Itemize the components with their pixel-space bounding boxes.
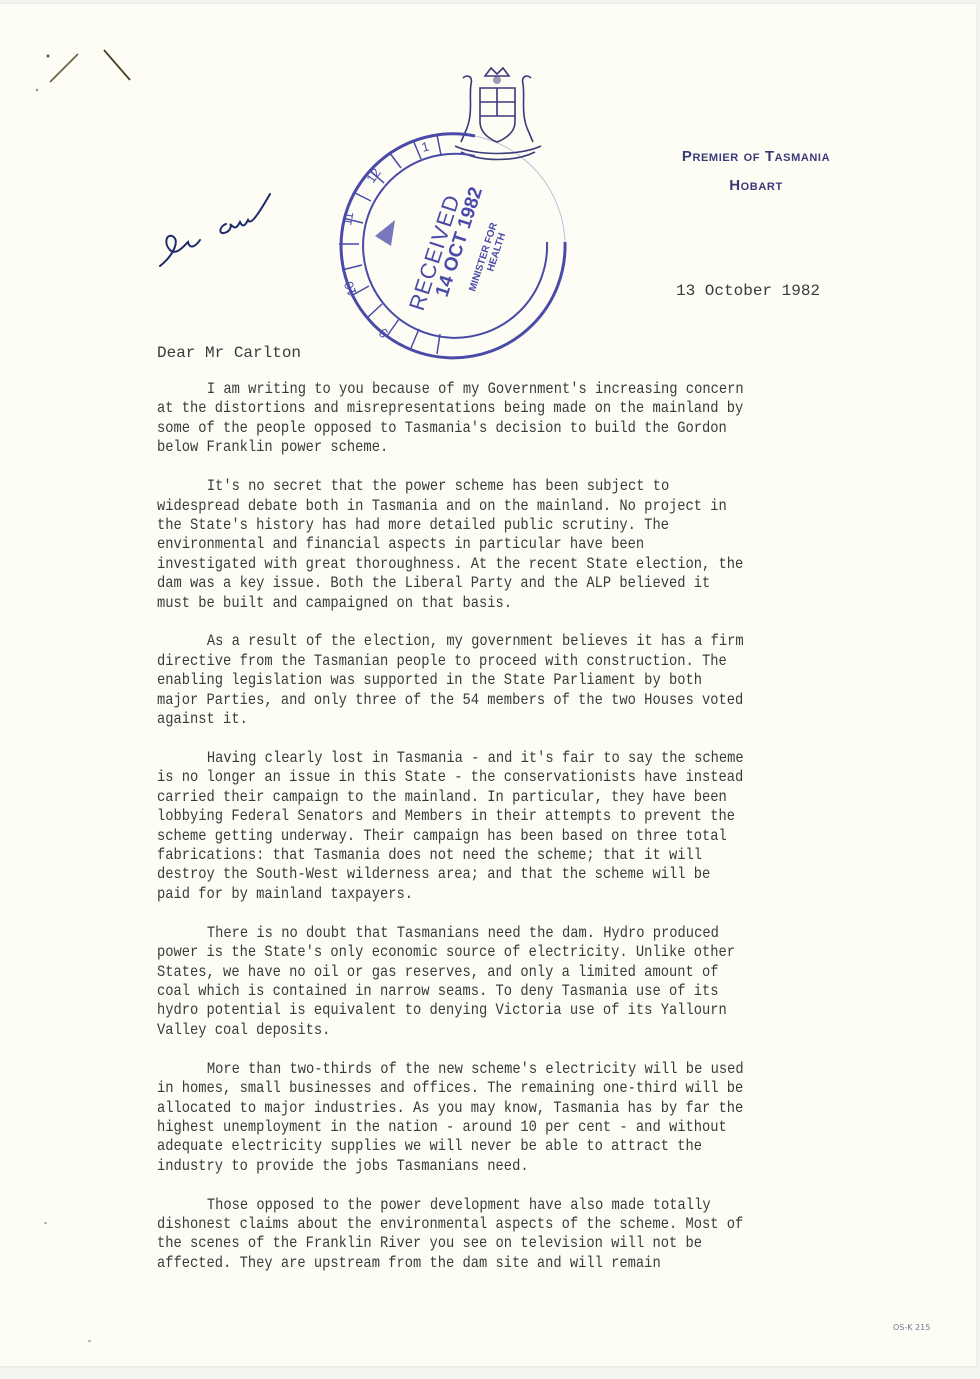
- paragraph: It's no secret that the power scheme has…: [157, 477, 879, 613]
- paper-speck: [88, 1340, 91, 1342]
- handwritten-note-see-over: See over: [150, 184, 280, 274]
- letter-page: See over: [0, 4, 976, 1366]
- paragraph: Those opposed to the power development h…: [157, 1196, 879, 1274]
- letterhead-office: Premier of Tasmania: [640, 142, 872, 171]
- pencil-tick-marks: [28, 44, 138, 94]
- letterhead-city: Hobart: [640, 171, 872, 200]
- received-stamp: 1 12 11 10 9 RECEIVED 14 OCT 1982 MINIST…: [325, 122, 575, 367]
- paragraph: Having clearly lost in Tasmania - and it…: [157, 749, 879, 904]
- svg-text:11: 11: [339, 211, 356, 227]
- letter-date: 13 October 1982: [676, 282, 820, 300]
- letter-body: I am writing to you because of my Govern…: [157, 380, 877, 1293]
- paper-speck: [44, 1222, 47, 1224]
- paragraph: More than two-thirds of the new scheme's…: [157, 1060, 879, 1176]
- paragraph: As a result of the election, my governme…: [157, 632, 879, 729]
- paragraph: There is no doubt that Tasmanians need t…: [157, 924, 879, 1040]
- salutation: Dear Mr Carlton: [157, 344, 301, 362]
- svg-text:12: 12: [363, 165, 384, 185]
- svg-text:10: 10: [341, 279, 360, 298]
- form-code: OS-K 215: [893, 1323, 930, 1332]
- svg-text:1: 1: [420, 139, 431, 155]
- paragraph: I am writing to you because of my Govern…: [157, 380, 879, 458]
- letterhead: Premier of Tasmania Hobart: [640, 142, 872, 200]
